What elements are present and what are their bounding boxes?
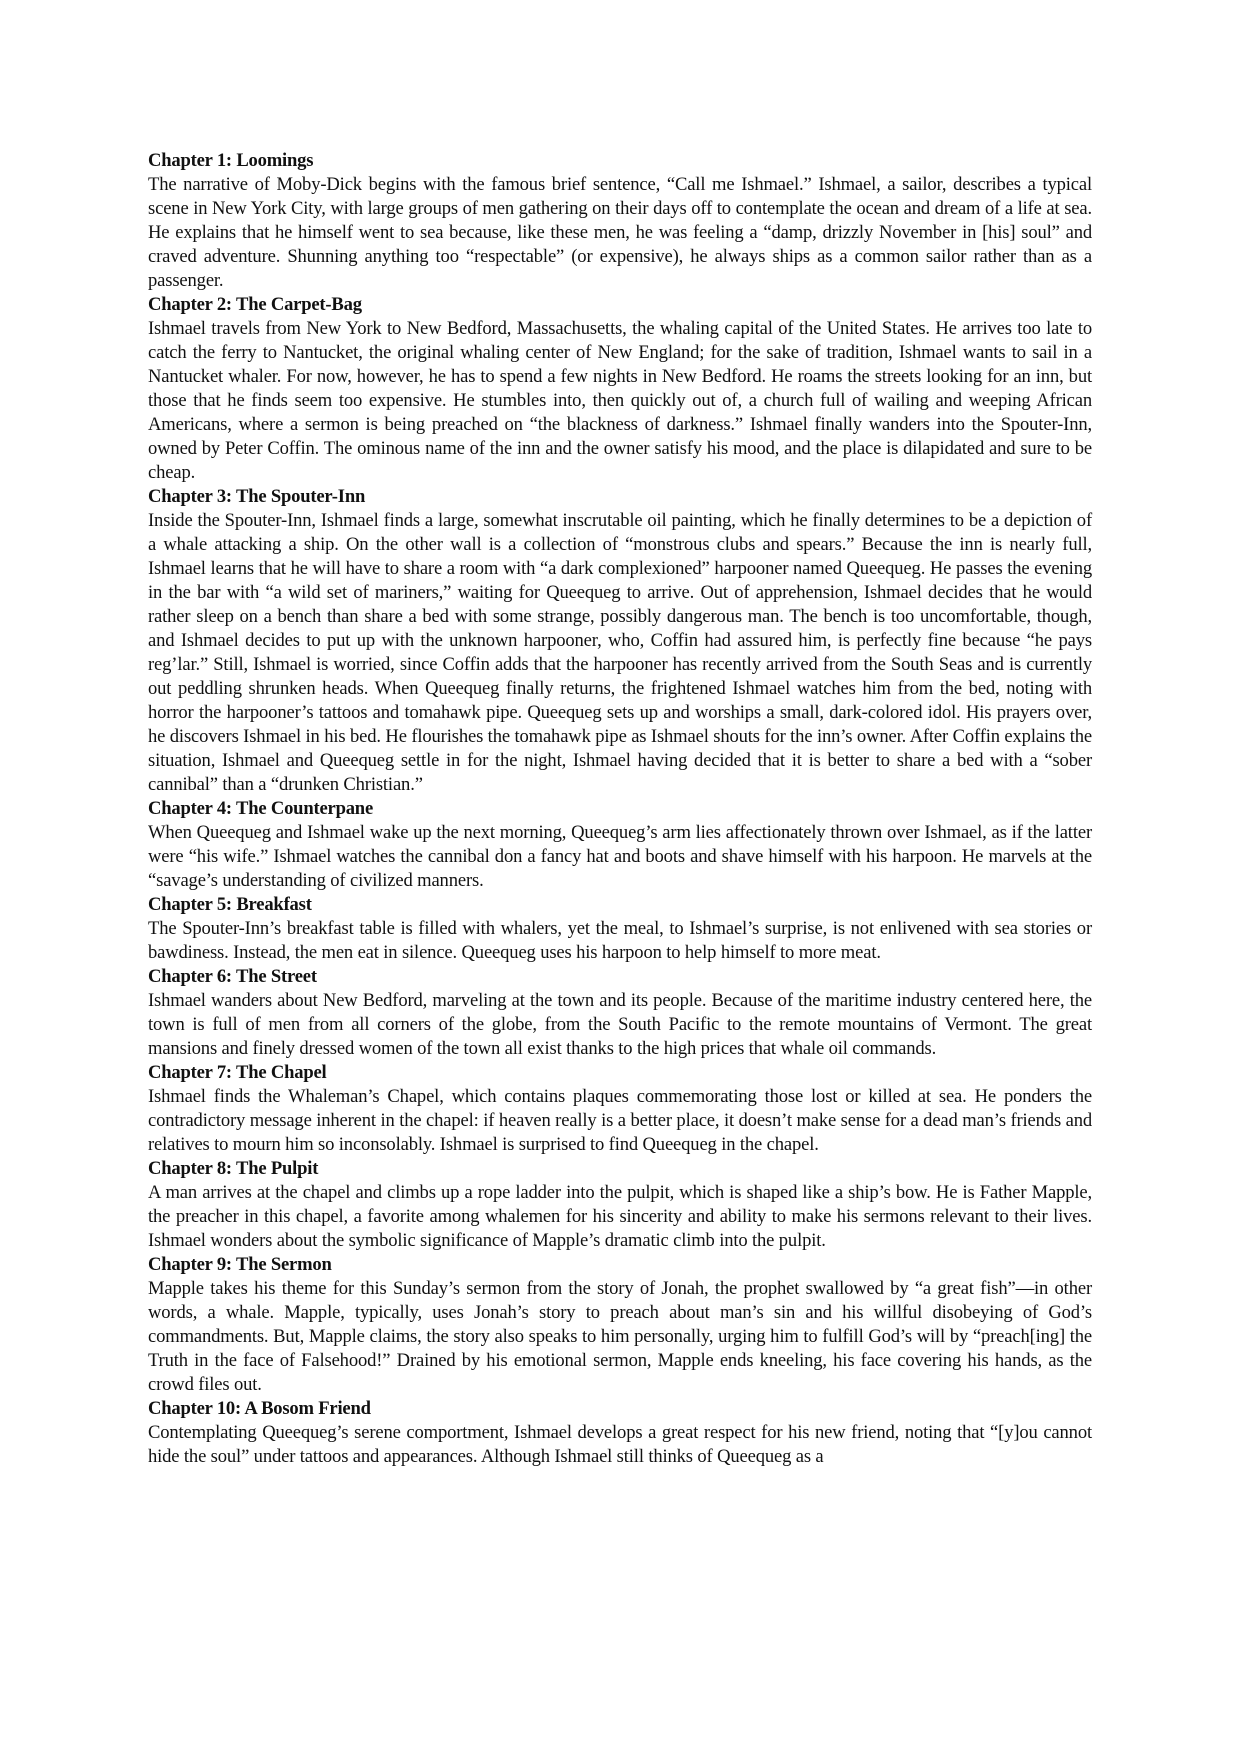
document-page: Chapter 1: Loomings The narrative of Mob… — [148, 149, 1092, 1469]
chapter-summary: The narrative of Moby-Dick begins with t… — [148, 173, 1092, 293]
chapter-heading: Chapter 6: The Street — [148, 965, 1092, 989]
chapter-summary: Inside the Spouter-Inn, Ishmael finds a … — [148, 509, 1092, 797]
chapter-heading: Chapter 2: The Carpet-Bag — [148, 293, 1092, 317]
chapter-summary: Mapple takes his theme for this Sunday’s… — [148, 1277, 1092, 1397]
chapter-5-section: Chapter 5: Breakfast The Spouter-Inn’s b… — [148, 893, 1092, 965]
chapter-4-section: Chapter 4: The Counterpane When Queequeg… — [148, 797, 1092, 893]
chapter-7-section: Chapter 7: The Chapel Ishmael finds the … — [148, 1061, 1092, 1157]
chapter-9-section: Chapter 9: The Sermon Mapple takes his t… — [148, 1253, 1092, 1397]
chapter-3-section: Chapter 3: The Spouter-Inn Inside the Sp… — [148, 485, 1092, 797]
chapter-heading: Chapter 4: The Counterpane — [148, 797, 1092, 821]
chapter-summary: The Spouter-Inn’s breakfast table is fil… — [148, 917, 1092, 965]
chapter-summary: When Queequeg and Ishmael wake up the ne… — [148, 821, 1092, 893]
chapter-summary: A man arrives at the chapel and climbs u… — [148, 1181, 1092, 1253]
chapter-heading: Chapter 7: The Chapel — [148, 1061, 1092, 1085]
chapter-summary: Ishmael wanders about New Bedford, marve… — [148, 989, 1092, 1061]
chapter-summary: Ishmael finds the Whaleman’s Chapel, whi… — [148, 1085, 1092, 1157]
chapter-6-section: Chapter 6: The Street Ishmael wanders ab… — [148, 965, 1092, 1061]
chapter-heading: Chapter 8: The Pulpit — [148, 1157, 1092, 1181]
chapter-summary: Ishmael travels from New York to New Bed… — [148, 317, 1092, 485]
chapter-heading: Chapter 1: Loomings — [148, 149, 1092, 173]
chapter-heading: Chapter 5: Breakfast — [148, 893, 1092, 917]
chapter-heading: Chapter 3: The Spouter-Inn — [148, 485, 1092, 509]
chapter-1-section: Chapter 1: Loomings The narrative of Mob… — [148, 149, 1092, 293]
chapter-heading: Chapter 10: A Bosom Friend — [148, 1397, 1092, 1421]
chapter-10-section: Chapter 10: A Bosom Friend Contemplating… — [148, 1397, 1092, 1469]
chapter-heading: Chapter 9: The Sermon — [148, 1253, 1092, 1277]
chapter-8-section: Chapter 8: The Pulpit A man arrives at t… — [148, 1157, 1092, 1253]
chapter-2-section: Chapter 2: The Carpet-Bag Ishmael travel… — [148, 293, 1092, 485]
chapter-summary: Contemplating Queequeg’s serene comportm… — [148, 1421, 1092, 1469]
